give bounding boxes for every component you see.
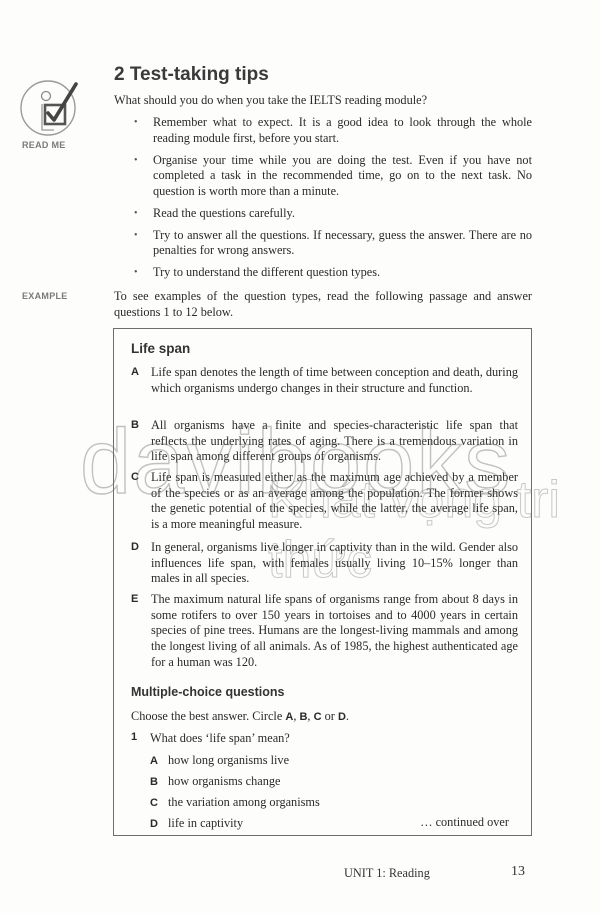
example-label: EXAMPLE <box>22 291 68 301</box>
tips-list: •Remember what to expect. It is a good i… <box>114 115 532 287</box>
bullet-icon: • <box>134 228 138 244</box>
paragraph-text: The maximum natural life spans of organi… <box>151 592 518 671</box>
read-me-checkbox-icon <box>18 72 94 142</box>
section-intro: What should you do when you take the IEL… <box>114 93 427 108</box>
paragraph-letter: D <box>131 540 139 556</box>
paragraph-text: In general, organisms live longer in cap… <box>151 540 518 587</box>
paragraph-a: A Life span denotes the length of time b… <box>131 365 518 396</box>
question-1: 1 What does ‘life span’ mean? <box>131 731 290 746</box>
paragraph-text: Life span is measured either as the maxi… <box>151 470 518 533</box>
option-a[interactable]: Ahow long organisms live <box>150 753 289 768</box>
paragraph-c: C Life span is measured either as the ma… <box>131 470 518 533</box>
continued-note: … continued over <box>420 815 509 830</box>
bullet-icon: • <box>134 153 138 169</box>
paragraph-text: Life span denotes the length of time bet… <box>151 365 518 396</box>
paragraph-letter: C <box>131 470 139 486</box>
mcq-title: Multiple-choice questions <box>131 685 285 699</box>
footer-unit-label: UNIT 1: Reading <box>344 866 430 881</box>
tip-item: •Read the questions carefully. <box>114 206 532 222</box>
passage-box: Life span A Life span denotes the length… <box>113 328 532 836</box>
tip-item: •Remember what to expect. It is a good i… <box>114 115 532 146</box>
option-c[interactable]: Cthe variation among organisms <box>150 795 320 810</box>
paragraph-letter: B <box>131 418 139 434</box>
page-number: 13 <box>511 864 525 880</box>
paragraph-b: B All organisms have a finite and specie… <box>131 418 518 465</box>
paragraph-d: D In general, organisms live longer in c… <box>131 540 518 587</box>
bullet-icon: • <box>134 206 138 222</box>
paragraph-letter: E <box>131 592 138 608</box>
option-d[interactable]: Dlife in captivity <box>150 816 243 831</box>
example-instructions: To see examples of the question types, r… <box>114 289 532 320</box>
paragraph-e: E The maximum natural life spans of orga… <box>131 592 518 671</box>
tip-item: •Organise your time while you are doing … <box>114 153 532 200</box>
paragraph-letter: A <box>131 365 139 381</box>
bullet-icon: • <box>134 115 138 131</box>
option-b[interactable]: Bhow organisms change <box>150 774 280 789</box>
question-number: 1 <box>131 731 137 743</box>
question-text: What does ‘life span’ mean? <box>150 731 290 745</box>
tip-item: •Try to answer all the questions. If nec… <box>114 228 532 259</box>
bullet-icon: • <box>134 265 138 281</box>
tip-item: •Try to understand the different questio… <box>114 265 532 281</box>
passage-title: Life span <box>131 341 190 356</box>
read-me-label: READ ME <box>22 140 66 150</box>
section-title: 2 Test-taking tips <box>114 64 269 86</box>
mcq-instruction: Choose the best answer. Circle A, B, C o… <box>131 709 349 724</box>
paragraph-text: All organisms have a finite and species-… <box>151 418 518 465</box>
